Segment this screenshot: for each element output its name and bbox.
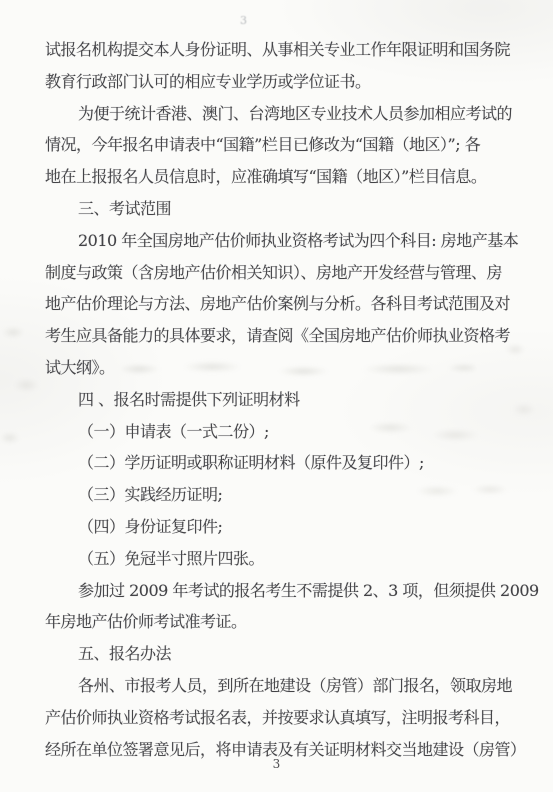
list-item: （四）身份证复印件;	[45, 511, 515, 543]
faint-top-mark: 3	[240, 14, 247, 27]
list-item: （三）实践经历证明;	[45, 479, 515, 511]
document-body: 试报名机构提交本人身份证明、从事相关专业工作年限证明和国务院 教育行政部门认可的…	[45, 34, 515, 765]
text-line: 考生应具备能力的具体要求，请查阅《全国房地产估价师执业资格考	[45, 320, 515, 352]
text-line: 地产估价理论与方法、房地产估价案例与分析。各科目考试范围及对	[45, 288, 515, 320]
text-line: 制度与政策（含房地产估价相关知识）、房地产开发经营与管理、房	[45, 257, 515, 289]
text-line: 年房地产估价师考试准考证。	[45, 606, 515, 638]
list-item: （一）申请表（一式二份）;	[45, 416, 515, 448]
text-line: 试报名机构提交本人身份证明、从事相关专业工作年限证明和国务院	[45, 34, 515, 66]
section-heading: 三、考试范围	[45, 193, 515, 225]
list-item: （五）免冠半寸照片四张。	[45, 543, 515, 575]
section-heading: 五、报名办法	[45, 638, 515, 670]
text-line: 各州、市报考人员，到所在地建设（房管）部门报名，领取房地	[45, 670, 515, 702]
section-heading: 四 、报名时需提供下列证明材料	[45, 384, 515, 416]
text-line: 试大纲》。	[45, 352, 515, 384]
text-line: 为便于统计香港、澳门、台湾地区专业技术人员参加相应考试的	[45, 98, 515, 130]
text-line: 产估价师执业资格考试报名表，并按要求认真填写，注明报考科目，	[45, 702, 515, 734]
scan-artifact	[0, 320, 44, 475]
page-number: 3	[0, 757, 553, 771]
list-item: （二）学历证明或职称证明材料（原件及复印件）;	[45, 447, 515, 479]
text-line: 2010 年全国房地产估价师执业资格考试为四个科目: 房地产基本	[45, 225, 515, 257]
text-line: 情况，今年报名申请表中“国籍”栏目已修改为“国籍（地区）”; 各	[45, 129, 515, 161]
scanned-document-page: 3 试报名机构提交本人身份证明、从事相关专业工作年限证明和国务院 教育行政部门认…	[0, 0, 553, 792]
text-line: 地在上报报名人员信息时，应准确填写“国籍（地区）”栏目信息。	[45, 161, 515, 193]
text-line: 参加过 2009 年考试的报名考生不需提供 2、3 项，但须提供 2009	[45, 575, 515, 607]
text-line: 教育行政部门认可的相应专业学历或学位证书。	[45, 66, 515, 98]
